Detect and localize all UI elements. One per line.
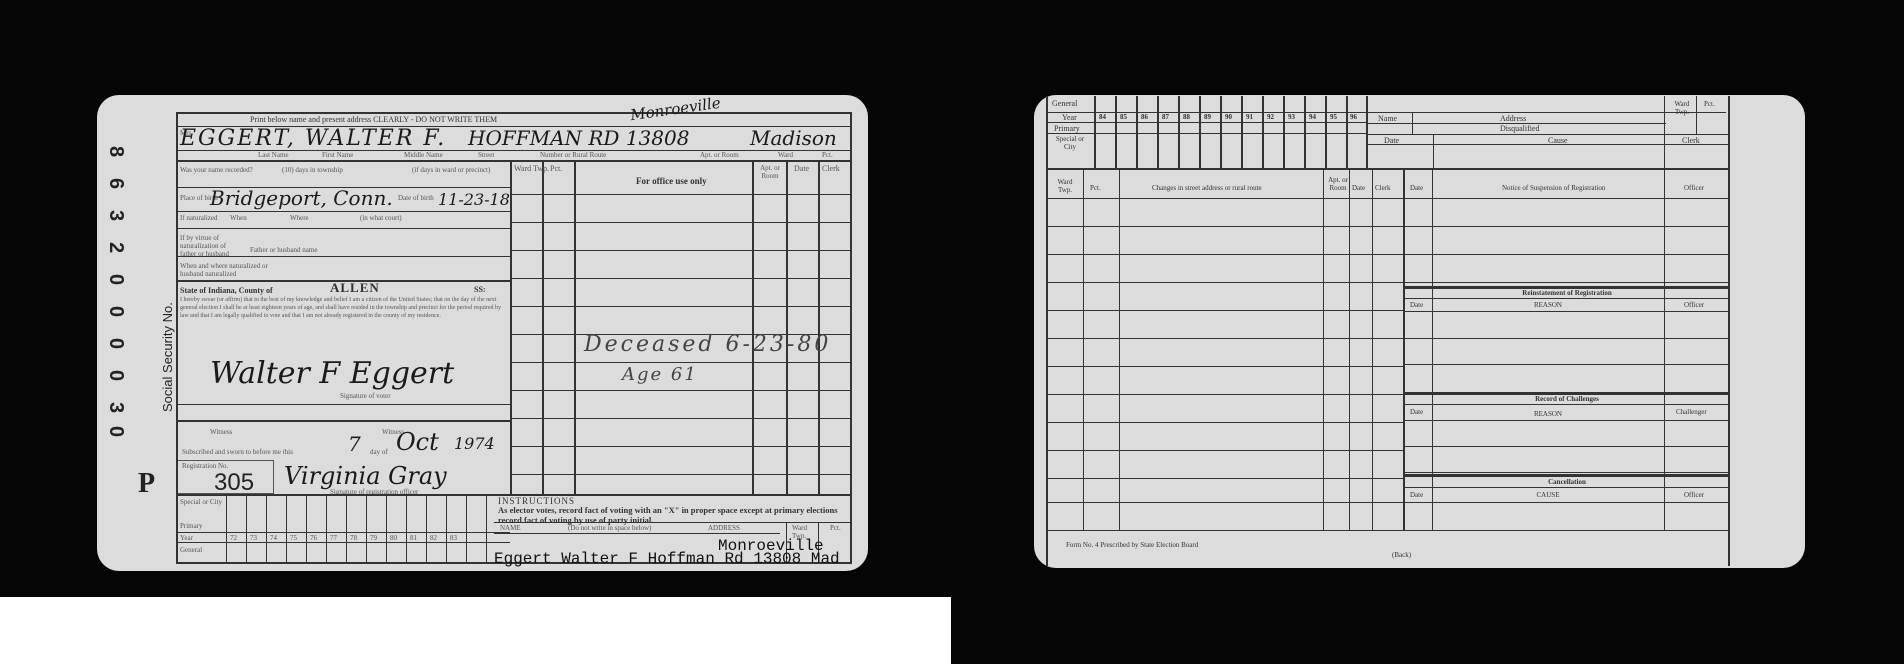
row-line xyxy=(1046,422,1404,423)
handwritten-township: Madison xyxy=(750,126,837,150)
ssn-digit: 0 xyxy=(104,426,127,437)
row-line xyxy=(510,306,852,307)
divider xyxy=(176,420,510,422)
column-line xyxy=(574,160,576,494)
form-number: Form No. 4 Prescribed by State Election … xyxy=(1066,541,1198,549)
date-of-birth-label: Date of birth xyxy=(398,194,434,202)
section-divider xyxy=(1404,474,1730,477)
vote-grid-label: General xyxy=(180,546,202,554)
side-letter: P xyxy=(138,468,155,500)
suspension-date: Date xyxy=(1410,184,1423,192)
ssn-digit: 8 xyxy=(104,146,127,157)
ssn-label: Social Security No. xyxy=(160,302,175,412)
year-cell: 90 xyxy=(1225,113,1232,121)
challenges-reason: REASON xyxy=(1432,410,1664,418)
ssn-digit: 6 xyxy=(104,178,127,189)
vote-grid-label: Year xyxy=(180,534,193,542)
col-apt-room: Apt. or Room xyxy=(756,164,784,180)
year-cell: 85 xyxy=(1120,113,1127,121)
grid-line xyxy=(426,494,427,564)
cancellation-title: Cancellation xyxy=(1404,478,1730,486)
col-pct: Pct. xyxy=(550,164,562,173)
col-line xyxy=(1136,96,1138,168)
vote-year: 83 xyxy=(450,534,457,542)
ssn-digit: 0 xyxy=(104,370,127,381)
row-line xyxy=(1046,502,1404,503)
col-line xyxy=(1372,168,1373,530)
year-cell: 92 xyxy=(1267,113,1274,121)
row-line xyxy=(510,278,852,279)
row-line xyxy=(1046,366,1404,367)
year-cell: 86 xyxy=(1141,113,1148,121)
row-line xyxy=(1046,168,1730,170)
ssn-digit: 0 xyxy=(104,274,127,285)
name-label: Name xyxy=(1378,114,1397,123)
col-line xyxy=(1664,96,1665,168)
row-label-general: General xyxy=(1052,99,1077,108)
vote-year: 74 xyxy=(270,534,277,542)
header-instruction: Print below name and present address CLE… xyxy=(250,115,497,124)
reinstatement-title: Reinstatement of Registration xyxy=(1404,289,1730,297)
grid-line xyxy=(346,494,347,564)
naturalized-label: If naturalized xyxy=(180,214,218,222)
pct-label: Pct. xyxy=(1704,100,1715,108)
year-cell: 87 xyxy=(1162,113,1169,121)
reinstatement-officer: Officer xyxy=(1684,301,1704,309)
caption-apt: Apt. or Room xyxy=(700,151,739,159)
row-line xyxy=(510,418,852,419)
col-apt-room: Apt. or Room xyxy=(1326,176,1350,192)
county-value: ALLEN xyxy=(330,280,380,296)
witness-caption: Witness xyxy=(210,428,232,436)
vote-grid-label: Primary xyxy=(180,522,203,530)
year-cell: 93 xyxy=(1288,113,1295,121)
vote-year: 82 xyxy=(430,534,437,542)
col-line xyxy=(1119,168,1120,530)
row-line xyxy=(1046,310,1404,311)
ssn-digit: 0 xyxy=(104,338,127,349)
vote-year: 72 xyxy=(230,534,237,542)
grid-line xyxy=(286,494,287,564)
blank-area xyxy=(0,597,951,664)
column-line xyxy=(818,160,820,494)
subscribed-year: 1974 xyxy=(454,434,495,453)
naturalized-court: (in what court) xyxy=(360,214,402,222)
vote-year: 73 xyxy=(250,534,257,542)
ssn-digit: 0 xyxy=(104,306,127,317)
signature-caption: Signature of voter xyxy=(340,392,391,400)
cancellation-cause: CAUSE xyxy=(1432,491,1664,499)
vote-year: 79 xyxy=(370,534,377,542)
col-line xyxy=(1304,96,1306,168)
address-label: Address xyxy=(1500,114,1526,123)
divider xyxy=(176,228,510,229)
handwritten-name: EGGERT, WALTER F. xyxy=(180,126,446,151)
grid-line xyxy=(226,494,227,564)
vote-year: 77 xyxy=(330,534,337,542)
col-date: Date xyxy=(1352,184,1365,192)
year-cell: 84 xyxy=(1099,113,1106,121)
row-line xyxy=(1046,282,1730,283)
grid-line xyxy=(486,494,487,564)
row-line xyxy=(1404,502,1730,503)
col-line xyxy=(1178,96,1180,168)
caption-last-name: Last Name xyxy=(258,151,289,159)
col-pct: Pct. xyxy=(1090,184,1101,192)
row-line xyxy=(1404,487,1730,488)
subscribed-day-label: day of xyxy=(370,448,388,456)
column-line xyxy=(786,160,788,494)
voter-signature: Walter F Eggert xyxy=(210,356,454,391)
row-label: Was your name recorded? xyxy=(180,166,253,174)
col-clerk: Clerk xyxy=(1375,184,1391,192)
caption-street: Street xyxy=(478,151,494,159)
col-ward-twp: Ward Twp. xyxy=(1050,178,1080,194)
place-of-birth-value: Bridgeport, Conn. xyxy=(210,186,393,210)
subscribed-label: Subscribed and sworn to before me this xyxy=(182,448,293,456)
row-line xyxy=(510,250,852,251)
naturalized-where: Where xyxy=(290,214,309,222)
vote-grid-label: Special or City xyxy=(180,498,222,506)
caption-ward: Ward xyxy=(778,151,793,159)
grid-line xyxy=(406,494,407,564)
col-line xyxy=(1323,168,1324,530)
footer-pct: Pct. xyxy=(830,524,841,532)
row-label-special: Special or City xyxy=(1050,135,1090,151)
caption-middle-name: Middle Name xyxy=(404,151,443,159)
col-date: Date xyxy=(794,164,809,173)
col-line xyxy=(1696,96,1697,134)
row-line xyxy=(1404,364,1730,365)
ssn-digit: 3 xyxy=(104,402,127,413)
row-label: (if days in ward or precinct) xyxy=(412,166,490,174)
row-line xyxy=(1404,472,1730,473)
grid-line xyxy=(466,494,467,564)
row-line xyxy=(510,474,852,475)
cancellation-date: Date xyxy=(1410,491,1423,499)
row-line xyxy=(1046,478,1404,479)
row-line xyxy=(510,194,852,195)
virtue-label: If by virtue of naturalization of father… xyxy=(180,234,240,258)
row-line xyxy=(1046,198,1730,199)
row-line xyxy=(1366,144,1730,145)
column-line xyxy=(510,160,512,494)
divider xyxy=(176,211,510,212)
row-line xyxy=(510,390,852,391)
vote-year: 75 xyxy=(290,534,297,542)
row-line xyxy=(510,222,852,223)
vote-year: 76 xyxy=(310,534,317,542)
back-label: (Back) xyxy=(1392,551,1411,559)
row-line xyxy=(1046,530,1730,531)
row-line xyxy=(1404,446,1730,447)
year-cell: 91 xyxy=(1246,113,1253,121)
suspension-title: Notice of Suspension of Registration xyxy=(1502,184,1605,192)
disqualified-label: Disqualified xyxy=(1500,124,1540,133)
column-line xyxy=(752,160,754,494)
registration-box: Registration No. 305 xyxy=(178,460,274,494)
col-line xyxy=(1157,96,1159,168)
col-line xyxy=(1220,96,1222,168)
challenges-date: Date xyxy=(1410,408,1423,416)
row-line xyxy=(1366,134,1730,135)
divider xyxy=(494,522,852,523)
col-line xyxy=(1083,168,1084,530)
footer-note: (Do not write in space below) xyxy=(568,524,651,532)
caption-number: Number or Rural Route xyxy=(540,151,606,159)
col-office-use: For office use only xyxy=(636,176,707,186)
row-label: (10) days in township xyxy=(282,166,343,174)
grid-line xyxy=(366,494,367,564)
grid-line xyxy=(246,494,247,564)
col-line xyxy=(1241,96,1243,168)
column-line xyxy=(542,160,544,494)
challenges-challenger: Challenger xyxy=(1676,408,1707,416)
year-cell: 95 xyxy=(1330,113,1337,121)
challenges-title: Record of Challenges xyxy=(1404,395,1730,403)
ssn-digit: 3 xyxy=(104,210,127,221)
col-line xyxy=(1346,96,1348,168)
row-label-year: Year xyxy=(1062,113,1077,122)
ward-twp-label: Ward Twp. xyxy=(1670,100,1694,116)
grid-line xyxy=(446,494,447,564)
grid-line xyxy=(326,494,327,564)
vote-year: 81 xyxy=(410,534,417,542)
when-where-label: When and where naturalized or husband na… xyxy=(180,262,270,278)
row-line xyxy=(1046,338,1404,339)
col-line xyxy=(1349,168,1350,530)
typed-line: Eggert Walter F Hoffman Rd 13808 Mad xyxy=(494,550,840,568)
row-line xyxy=(510,446,852,447)
col-line xyxy=(1094,96,1096,168)
col-line xyxy=(1115,96,1117,168)
footer-address: ADDRESS xyxy=(708,524,740,532)
row-line xyxy=(1046,450,1404,451)
officer-signature: Virginia Gray xyxy=(284,462,447,490)
year-cell: 88 xyxy=(1183,113,1190,121)
col-ward-twp: Ward Twp. xyxy=(514,164,549,173)
col-line xyxy=(1199,96,1201,168)
row-line xyxy=(1046,226,1730,227)
divider xyxy=(176,404,510,405)
ss-label: SS: xyxy=(474,285,486,294)
grid-line xyxy=(266,494,267,564)
state-county-label: State of Indiana, County of xyxy=(180,286,273,295)
office-note-age: Age 61 xyxy=(622,364,698,385)
handwritten-street: HOFFMAN RD 13808 xyxy=(468,126,689,150)
office-note-deceased: Deceased 6-23-80 xyxy=(584,332,831,357)
col-line xyxy=(1433,134,1434,168)
naturalized-when: When xyxy=(230,214,247,222)
col-line xyxy=(1325,96,1327,168)
year-cell: 94 xyxy=(1309,113,1316,121)
col-line xyxy=(1262,96,1264,168)
row-line xyxy=(510,362,852,363)
divider xyxy=(176,256,510,257)
divider xyxy=(494,533,780,534)
vote-year: 78 xyxy=(350,534,357,542)
oath-text: I hereby swear (or affirm) that to the b… xyxy=(180,296,506,320)
suspension-officer: Officer xyxy=(1684,184,1704,192)
col-line xyxy=(1283,96,1285,168)
registration-number: 305 xyxy=(214,469,254,497)
row-label-primary: Primary xyxy=(1054,124,1080,133)
grid-line xyxy=(306,494,307,564)
grid-line xyxy=(386,494,387,564)
reinstatement-reason: REASON xyxy=(1432,301,1664,309)
caption-first-name: First Name xyxy=(322,151,353,159)
row-line xyxy=(1404,298,1730,299)
footer-name: NAME xyxy=(500,524,521,532)
col-clerk: Clerk xyxy=(822,164,840,173)
vote-year: 80 xyxy=(390,534,397,542)
subscribed-day: 7 xyxy=(348,432,361,456)
reinstatement-date: Date xyxy=(1410,301,1423,309)
row-line xyxy=(1046,112,1726,113)
row-line xyxy=(1404,420,1730,421)
year-cell: 96 xyxy=(1350,113,1357,121)
row-line xyxy=(1046,394,1404,395)
father-husband-label: Father or husband name xyxy=(250,246,317,254)
cancellation-officer: Officer xyxy=(1684,491,1704,499)
year-cell: 89 xyxy=(1204,113,1211,121)
row-line xyxy=(1046,254,1730,255)
date-of-birth-value: 11-23-18 xyxy=(438,190,510,209)
row-line xyxy=(1404,404,1730,405)
caption-pct: Pct. xyxy=(822,151,833,159)
col-line xyxy=(1366,96,1368,168)
col-changes: Changes in street address or rural route xyxy=(1152,184,1262,192)
subscribed-month: Oct xyxy=(396,428,439,456)
row-line xyxy=(1404,338,1730,339)
divider xyxy=(176,160,852,162)
row-line xyxy=(1404,311,1730,312)
ssn-digit: 2 xyxy=(104,242,127,253)
